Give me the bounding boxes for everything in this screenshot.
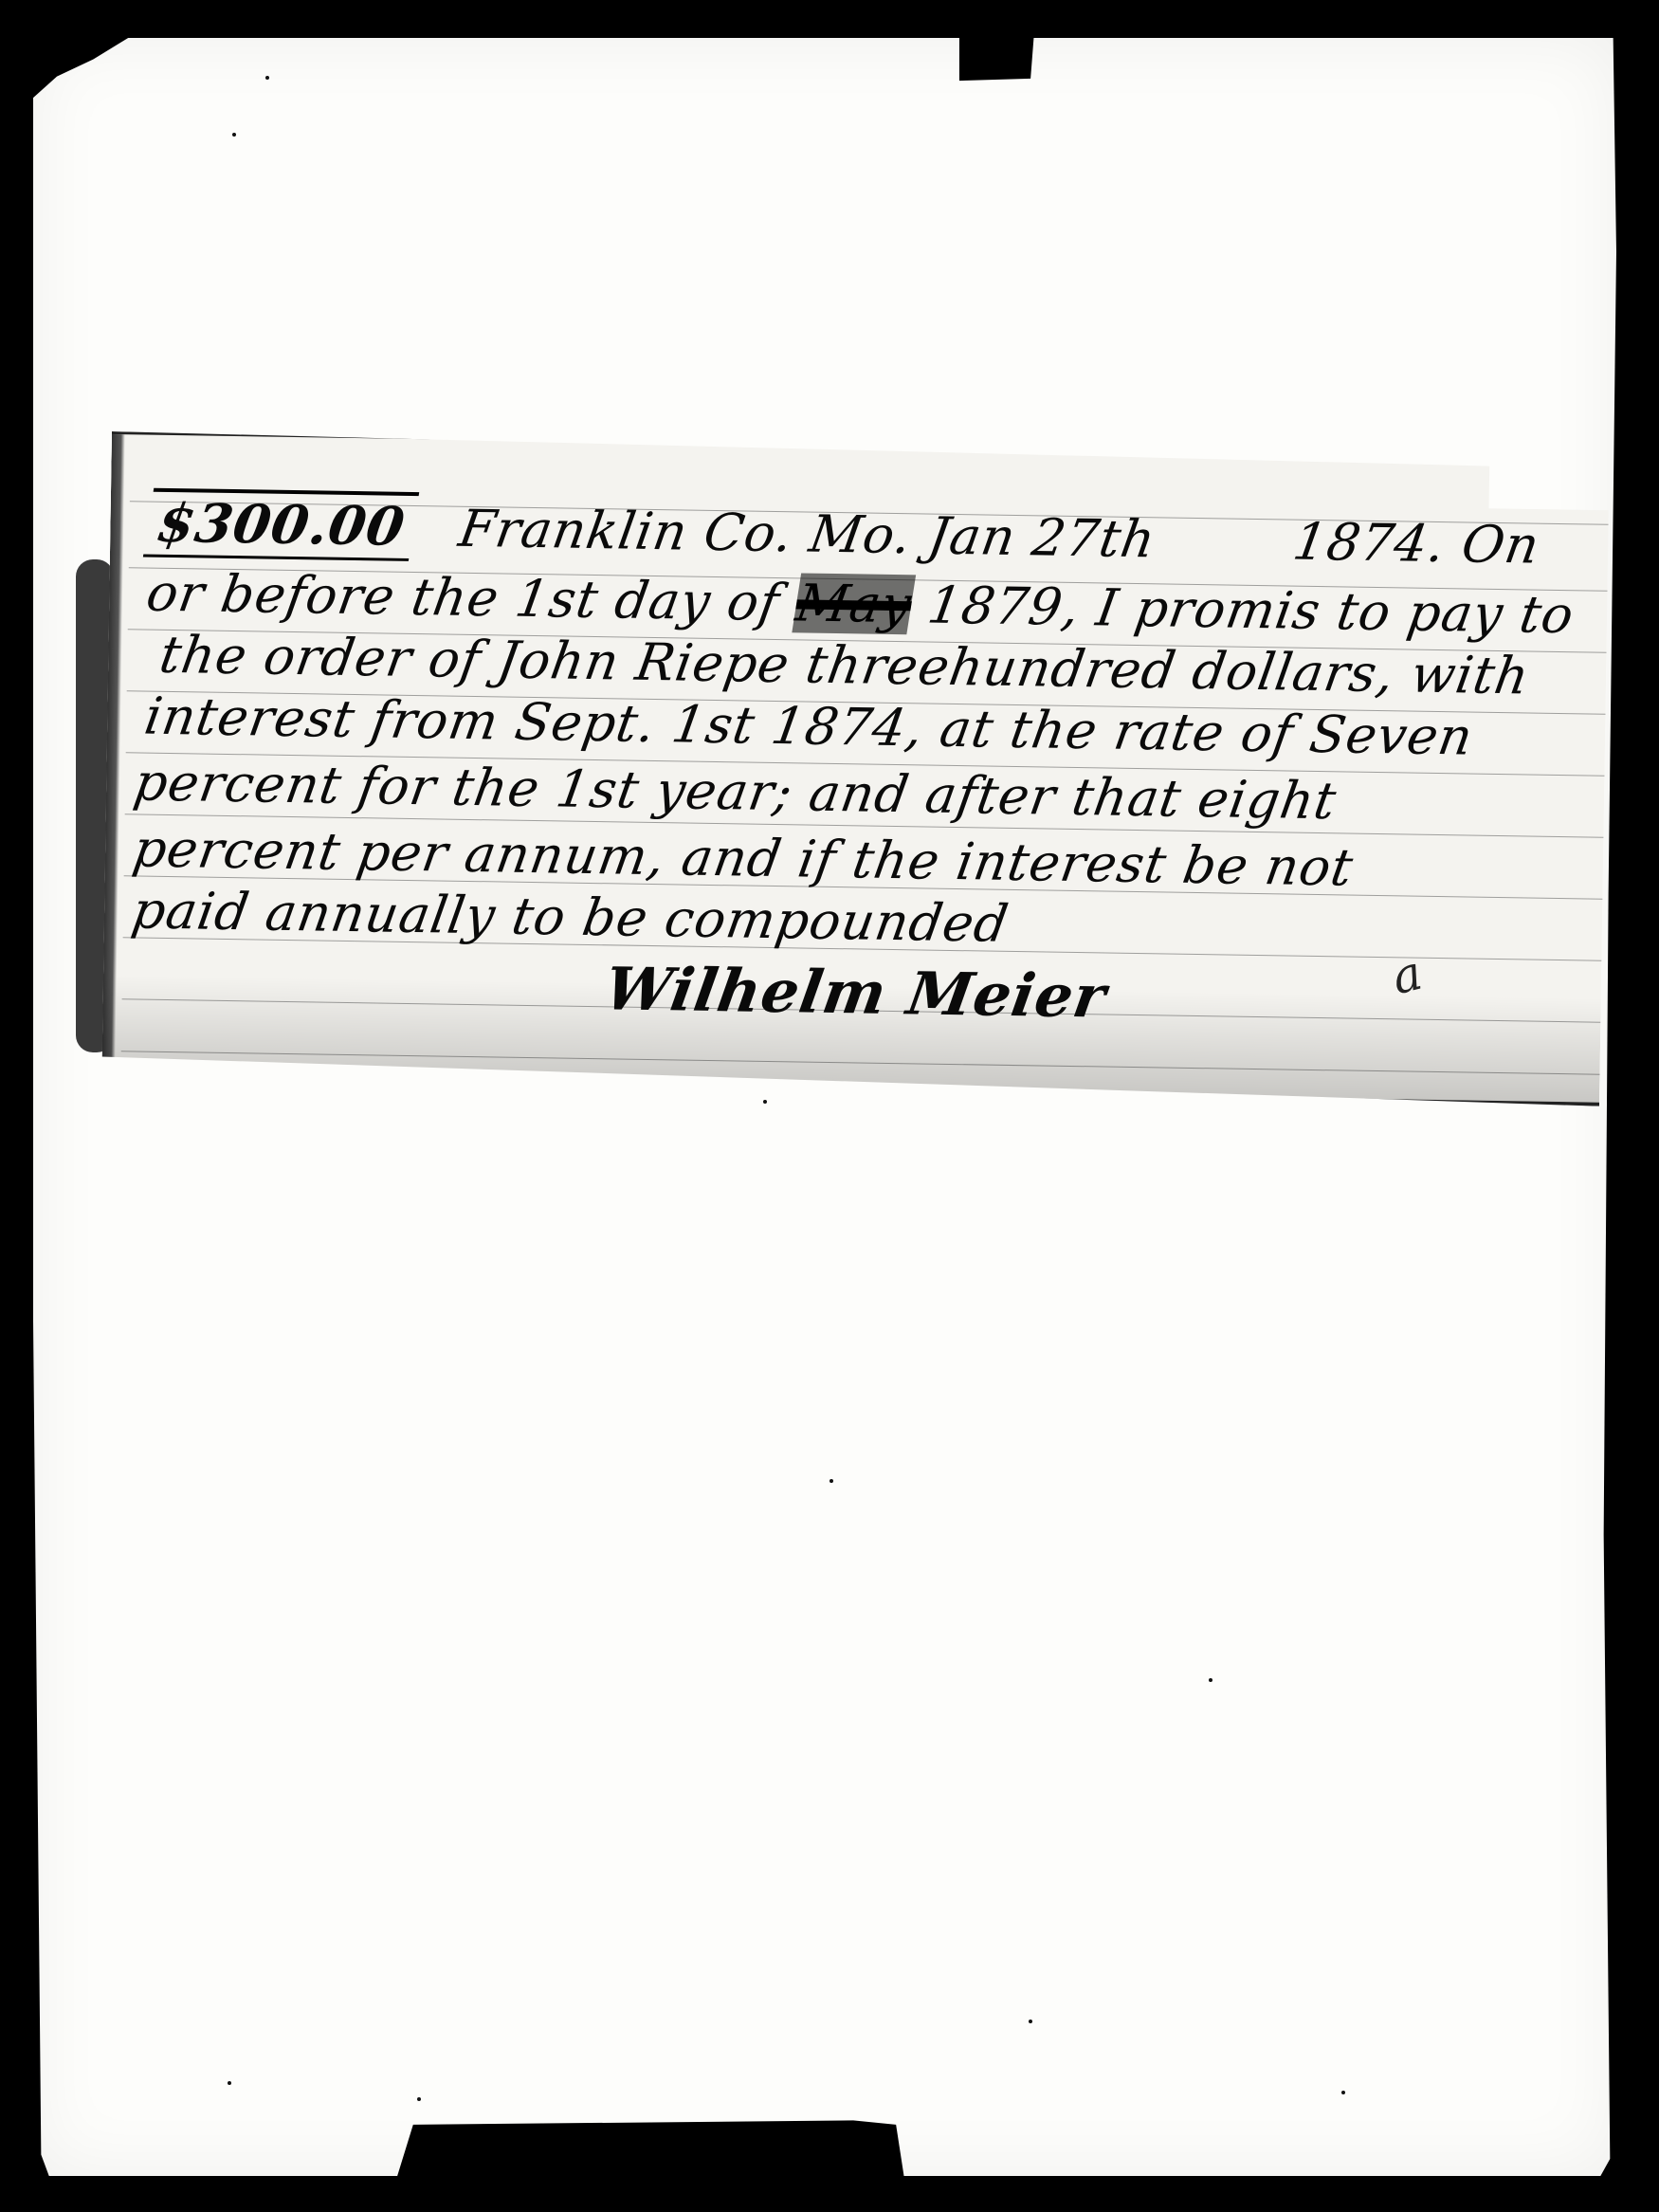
- speckle: [829, 1479, 833, 1483]
- scanned-page: [33, 38, 1616, 2176]
- speckle: [417, 2097, 421, 2101]
- line-2-text-b: 1879, I promis to pay to: [924, 576, 1578, 646]
- speckle: [228, 2081, 231, 2085]
- note-line-1: $300.00 Franklin Co. Mo. Jan 27th 1874. …: [143, 492, 1544, 576]
- note-line-7: paid annually to be compounded: [128, 880, 1012, 953]
- speckle: [265, 76, 269, 80]
- speckle: [232, 133, 236, 137]
- struck-out-word: May: [792, 573, 916, 634]
- note-year: 1874. On: [1289, 512, 1544, 576]
- speckle: [1029, 2020, 1032, 2023]
- line-2-text-a: or before the 1st day of: [142, 563, 784, 632]
- speckle: [763, 1100, 767, 1104]
- promissory-note: $300.00 Franklin Co. Mo. Jan 27th 1874. …: [101, 431, 1610, 1106]
- note-line-5: percent for the 1st year; and after that…: [130, 752, 1340, 831]
- note-amount: $300.00: [143, 488, 420, 561]
- place-and-date: Franklin Co. Mo. Jan 27th: [455, 499, 1160, 569]
- speckle: [1209, 1678, 1212, 1682]
- speckle: [1341, 2091, 1345, 2094]
